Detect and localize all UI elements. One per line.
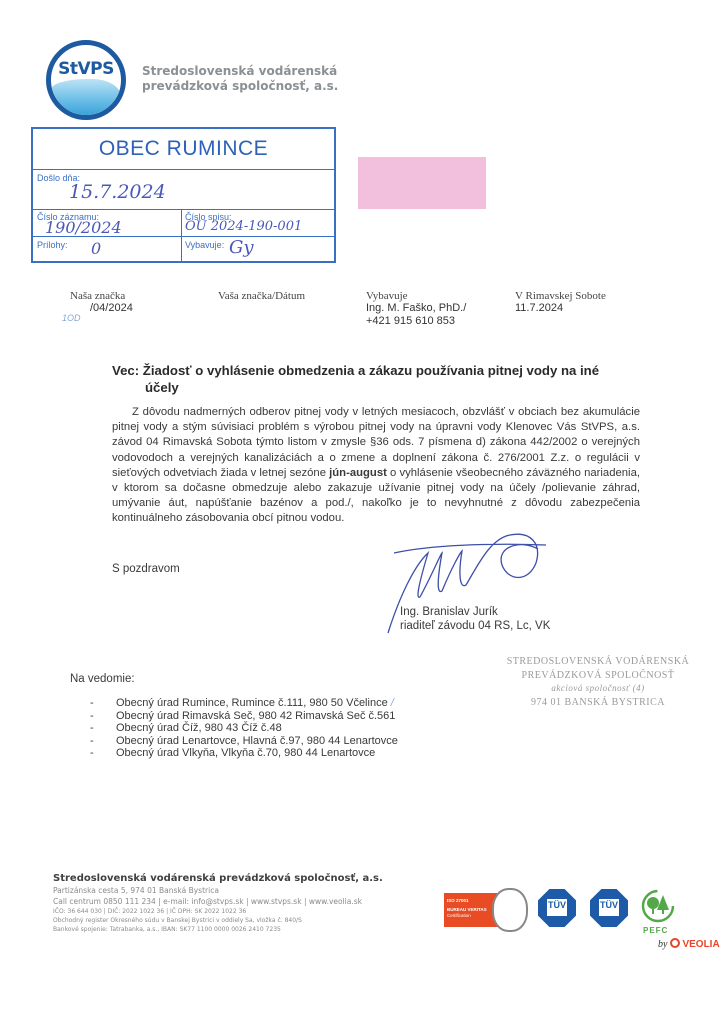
letter-body: Z dôvodu nadmerných odberov pitnej vody … (112, 405, 640, 527)
our-ref-handwritten: 1OD (62, 313, 81, 323)
company-name-header: Stredoslovenská vodárenská prevádzková s… (142, 64, 338, 94)
record-no-value: 190/2024 (45, 218, 122, 237)
list-item: -Obecný úrad Lenartovce, Hlavná č.97, 98… (90, 735, 398, 748)
body-text-bold: jún-august (329, 467, 387, 479)
veolia-logo: byVEOLIA (658, 938, 720, 950)
cc-item-text: Obecný úrad Rimavská Seč, 980 42 Rimavsk… (116, 710, 395, 722)
signer-block: Ing. Branislav Jurík riaditeľ závodu 04 … (400, 606, 550, 633)
cert-iso: ISO 27001 (447, 898, 469, 903)
company-stamp-line4: 974 01 BANSKÁ BYSTRICA (478, 696, 718, 710)
attachments-label: Prílohy: (37, 240, 68, 250)
veolia-text: VEOLIA (682, 939, 719, 950)
logo-text: StVPS (51, 59, 121, 79)
handler-label: Vybavuje (366, 290, 408, 302)
veolia-ring-icon (670, 938, 680, 948)
received-value: 15.7.2024 (69, 181, 166, 203)
list-item: -Obecný úrad Rumince, Rumince č.111, 980… (90, 697, 398, 710)
tuv-badge-2-icon: TÜV (590, 889, 628, 927)
cert-bv: BUREAU VERITAS (447, 907, 487, 912)
stamp-divider (33, 169, 334, 170)
subject-line1: Vec: Žiadosť o vyhlásenie obmedzenia a z… (112, 363, 599, 378)
footer-address: Partizánska cesta 5, 974 01 Banská Bystr… (53, 886, 219, 895)
signer-title: riaditeľ závodu 04 RS, Lc, VK (400, 620, 550, 634)
stamp-divider (33, 236, 334, 237)
our-ref-label: Naša značka (70, 290, 125, 302)
letter-subject: Vec: Žiadosť o vyhlásenie obmedzenia a z… (112, 362, 632, 396)
cc-item-text: Obecný úrad Lenartovce, Hlavná č.97, 980… (116, 735, 398, 747)
company-stamp-line3: akciová spoločnosť (4) (478, 682, 718, 696)
pefc-label: PEFC (643, 926, 668, 935)
logo-waves (51, 79, 121, 115)
place-label: V Rimavskej Sobote (515, 290, 606, 302)
your-ref-label: Vaša značka/Dátum (218, 290, 305, 302)
bureau-veritas-seal-icon (492, 888, 528, 932)
cc-item-text: Obecný úrad Vlkyňa, Vlkyňa č.70, 980 44 … (116, 747, 375, 759)
list-item: -Obecný úrad Rimavská Seč, 980 42 Rimavs… (90, 710, 398, 723)
footer-bank: Bankové spojenie: Tatrabanka, a.s., IBAN… (53, 926, 281, 933)
letter-date: 11.7.2024 (515, 302, 563, 315)
company-stamp-line2: PREVÁDZKOVÁ SPOLOČNOSŤ (478, 669, 718, 683)
cc-list: -Obecný úrad Rumince, Rumince č.111, 980… (90, 697, 398, 760)
list-item: -Obecný úrad Vlkyňa, Vlkyňa č.70, 980 44… (90, 747, 398, 760)
handler-name: Ing. M. Faško, PhD./ (366, 302, 466, 315)
cc-title: Na vedomie: (70, 673, 135, 685)
company-stamp: STREDOSLOVENSKÁ VODÁRENSKÁ PREVÁDZKOVÁ S… (478, 655, 718, 709)
greeting: S pozdravom (112, 563, 180, 575)
attachments-value: 0 (91, 239, 101, 258)
registry-stamp: OBEC RUMINCE Došlo dňa: 15.7.2024 Číslo … (31, 127, 336, 263)
handled-by-value: Gy (229, 237, 254, 258)
footer-ids: IČO: 36 644 030 | DIČ: 2022 1022 36 | IČ… (53, 908, 246, 915)
footer-contact: Call centrum 0850 111 234 | e-mail: info… (53, 897, 362, 906)
tuv-badge-1-icon: TÜV (538, 889, 576, 927)
cc-item-text: Obecný úrad Číž, 980 43 Číž č.48 (116, 722, 282, 734)
checkmark-icon: / (388, 697, 394, 709)
subject-line2: účely (112, 379, 632, 396)
cert-bv-sub: Certification (447, 913, 471, 918)
veolia-by: by (658, 939, 667, 950)
handler-phone: +421 915 610 853 (366, 315, 455, 328)
company-name-line1: Stredoslovenská vodárenská (142, 64, 338, 79)
footer-company: Stredoslovenská vodárenská prevádzková s… (53, 873, 383, 884)
cc-item-text: Obecný úrad Rumince, Rumince č.111, 980 … (116, 697, 388, 709)
our-ref-value: /04/2024 (90, 302, 133, 315)
stamp-title: OBEC RUMINCE (33, 137, 334, 161)
handled-by-label: Vybavuje: (185, 240, 224, 250)
redacted-address-block (358, 157, 486, 209)
file-no-value: OU 2024-190-001 (185, 219, 302, 234)
tuv-label: TÜV (599, 899, 619, 916)
company-name-line2: prevádzková spoločnosť, a.s. (142, 79, 338, 94)
stamp-vdivider (181, 209, 182, 261)
stamp-divider (33, 209, 334, 210)
signer-name: Ing. Branislav Jurík (400, 606, 550, 620)
tuv-label: TÜV (547, 899, 567, 916)
company-stamp-line1: STREDOSLOVENSKÁ VODÁRENSKÁ (478, 655, 718, 669)
pefc-tree-icon (640, 888, 676, 928)
stvps-logo: StVPS (46, 40, 126, 120)
footer-register: Obchodný register Okresného súdu v Bansk… (53, 917, 302, 924)
list-item: -Obecný úrad Číž, 980 43 Číž č.48 (90, 722, 398, 735)
